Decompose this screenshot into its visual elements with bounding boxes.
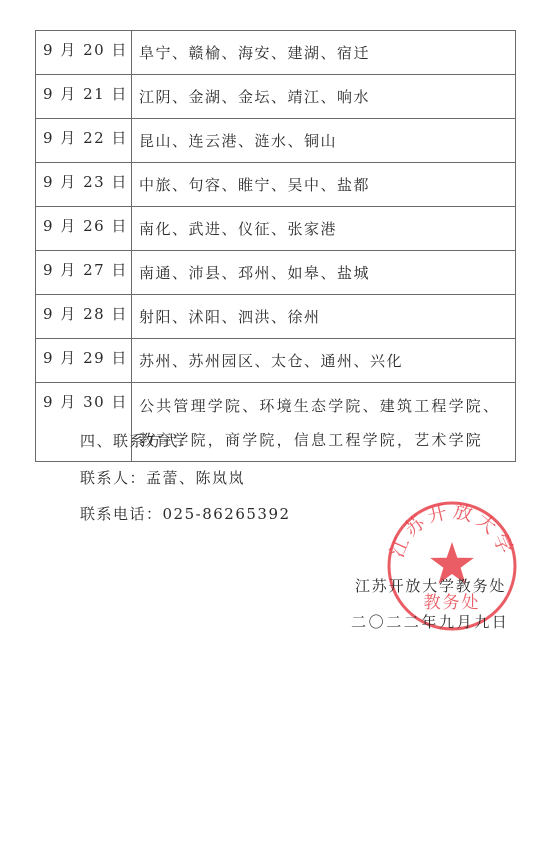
content-cell: 南通、沛县、邳州、如皋、盐城 <box>132 251 516 295</box>
date-cell: 9 月 23 日 <box>36 163 132 207</box>
signature-date: 二〇二二年九月九日 <box>351 611 509 632</box>
table-row: 9 月 27 日 南通、沛县、邳州、如皋、盐城 <box>36 251 516 295</box>
seal-inner-text: 教务处 <box>424 593 481 613</box>
schedule-table: 9 月 20 日 阜宁、赣榆、海安、建湖、宿迁 9 月 21 日 江阴、金湖、金… <box>35 30 516 462</box>
date-cell: 9 月 20 日 <box>36 31 132 75</box>
contact-phone: 联系电话：025-86265392 <box>80 503 291 524</box>
date-cell: 9 月 27 日 <box>36 251 132 295</box>
content-cell: 射阳、沭阳、泗洪、徐州 <box>132 295 516 339</box>
content-cell: 南化、武进、仪征、张家港 <box>132 207 516 251</box>
contact-person: 联系人：孟蕾、陈岚岚 <box>80 467 245 488</box>
table-row: 9 月 21 日 江阴、金湖、金坛、靖江、响水 <box>36 75 516 119</box>
contact-heading: 四、联系方式： <box>80 430 196 451</box>
signature-org: 江苏开放大学教务处 <box>355 575 506 596</box>
table-row: 9 月 29 日 苏州、苏州园区、太仓、通州、兴化 <box>36 339 516 383</box>
content-cell: 苏州、苏州园区、太仓、通州、兴化 <box>132 339 516 383</box>
content-cell: 阜宁、赣榆、海安、建湖、宿迁 <box>132 31 516 75</box>
content-cell: 中旅、句容、睢宁、吴中、盐都 <box>132 163 516 207</box>
table-row: 9 月 20 日 阜宁、赣榆、海安、建湖、宿迁 <box>36 31 516 75</box>
date-cell: 9 月 26 日 <box>36 207 132 251</box>
table-row: 9 月 28 日 射阳、沭阳、泗洪、徐州 <box>36 295 516 339</box>
table-row: 9 月 22 日 昆山、连云港、涟水、铜山 <box>36 119 516 163</box>
content-cell: 昆山、连云港、涟水、铜山 <box>132 119 516 163</box>
table-row: 9 月 23 日 中旅、句容、睢宁、吴中、盐都 <box>36 163 516 207</box>
date-cell: 9 月 29 日 <box>36 339 132 383</box>
content-cell: 江阴、金湖、金坛、靖江、响水 <box>132 75 516 119</box>
date-cell: 9 月 28 日 <box>36 295 132 339</box>
date-cell: 9 月 21 日 <box>36 75 132 119</box>
table-row: 9 月 26 日 南化、武进、仪征、张家港 <box>36 207 516 251</box>
date-cell: 9 月 22 日 <box>36 119 132 163</box>
